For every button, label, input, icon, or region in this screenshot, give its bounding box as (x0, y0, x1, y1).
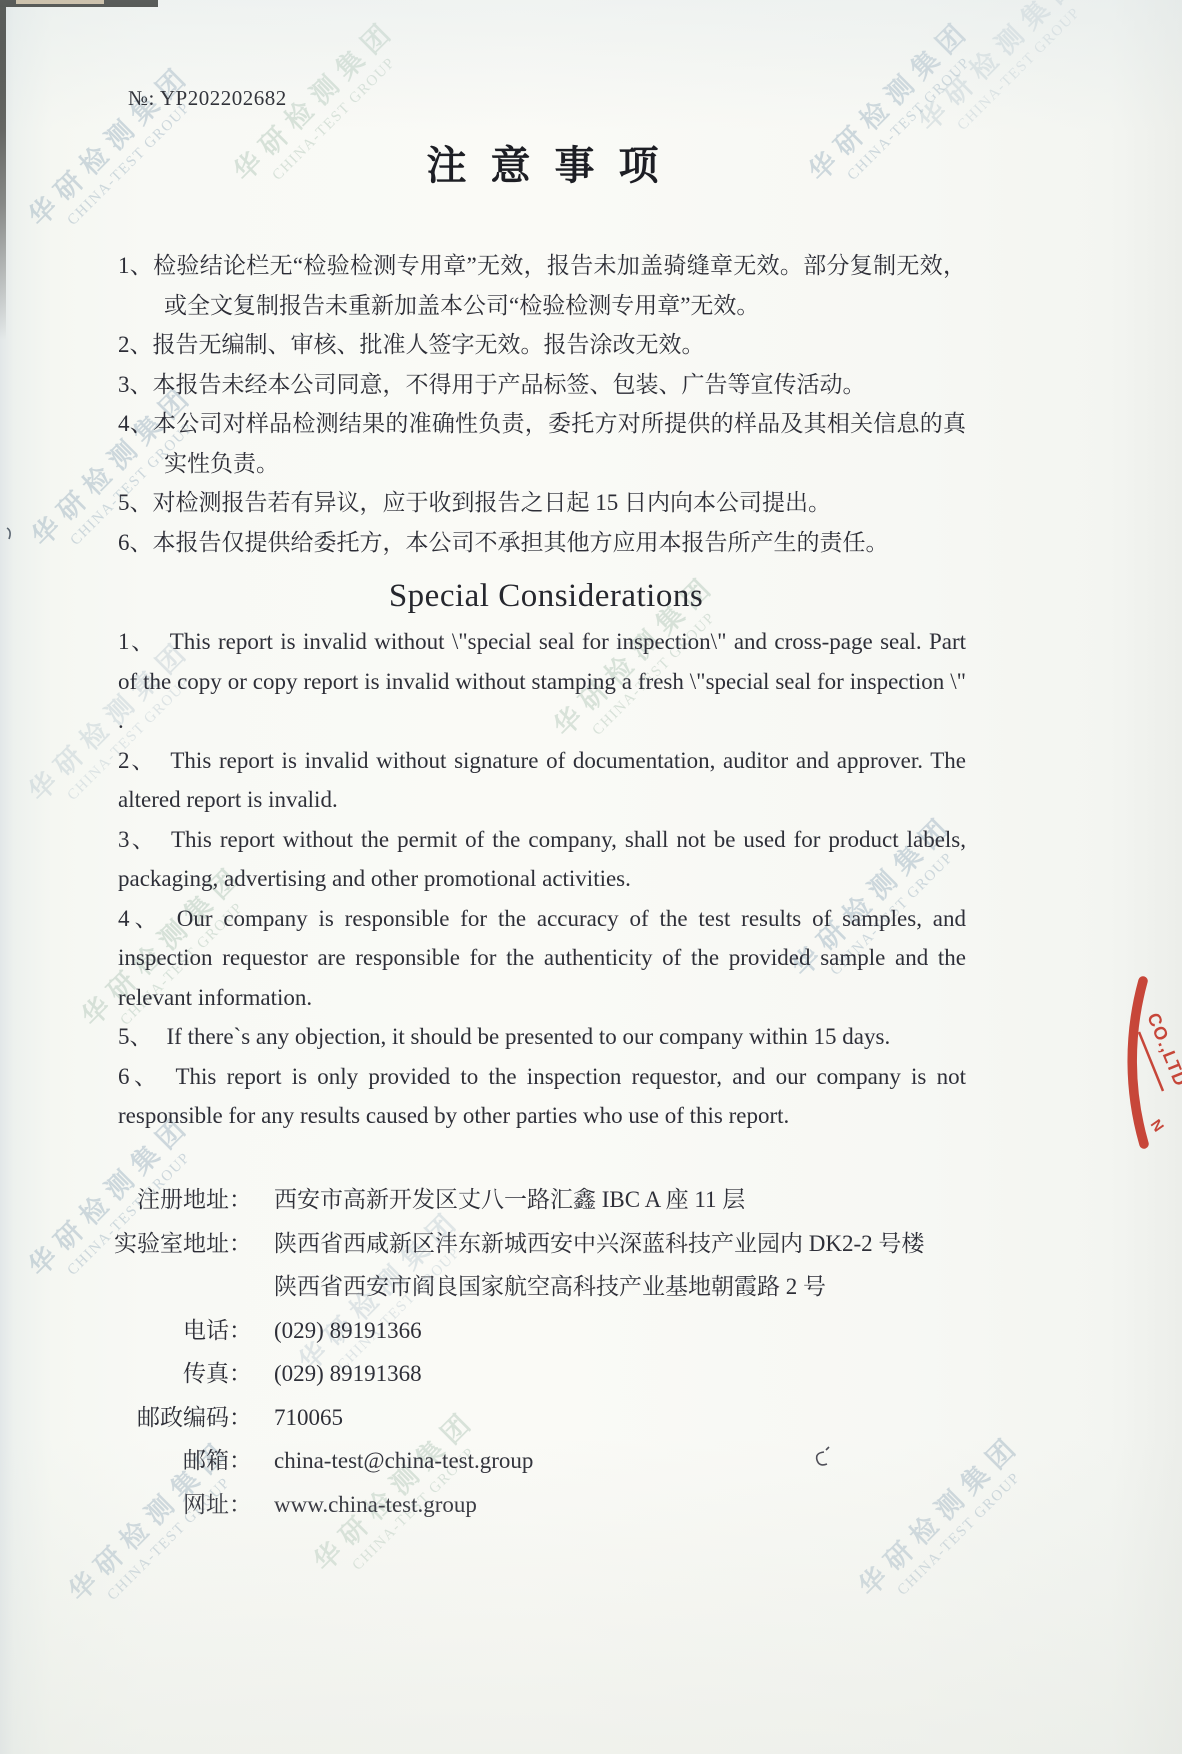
cn-notes-list: 1、检验结论栏无“检验检测专用章”无效，报告未加盖骑缝章无效。部分复制无效，或全… (118, 246, 966, 562)
contact-row: 电话：(029) 89191366 (80, 1309, 924, 1353)
watermark-en-text: CHINA-TEST GROUP (937, 0, 1102, 152)
contact-values: 西安市高新开发区丈八一路汇鑫 IBC A 座 11 层 (274, 1178, 745, 1222)
contact-label: 实验室地址： (80, 1222, 252, 1309)
contact-value-line: (029) 89191368 (274, 1352, 422, 1396)
seal-ring-arc (1132, 981, 1144, 1144)
cn-note-item-number: 1、 (118, 253, 153, 278)
contact-value-line: www.china-test.group (274, 1483, 477, 1527)
en-note-item: 1、This report is invalid without \"speci… (118, 622, 966, 741)
cn-note-item-number: 2、 (118, 332, 153, 357)
contact-value-line: china-test@china-test.group (274, 1439, 533, 1483)
company-seal-stamp: CO.,LTD N (1132, 981, 1182, 1144)
en-note-item-text: If there`s any objection, it should be p… (167, 1024, 891, 1049)
cn-note-item: 2、报告无编制、审核、批准人签字无效。报告涂改无效。 (118, 325, 966, 365)
cn-note-item: 4、本公司对样品检测结果的准确性负责，委托方对所提供的样品及其相关信息的真实性负… (118, 404, 966, 483)
cn-note-item-text: 本公司对样品检测结果的准确性负责，委托方对所提供的样品及其相关信息的真实性负责。 (153, 411, 966, 476)
contact-row: 实验室地址：陕西省西咸新区沣东新城西安中兴深蓝科技产业园内 DK2-2 号楼陕西… (80, 1222, 924, 1309)
contact-values: www.china-test.group (274, 1483, 477, 1527)
en-note-item-number: 2、 (118, 748, 156, 773)
contact-row: 网址：www.china-test.group (80, 1483, 924, 1527)
left-edge-tick (7, 528, 10, 539)
contact-value-line: 陕西省西安市阎良国家航空高科技产业基地朝霞路 2 号 (274, 1265, 924, 1309)
seal-sub-text: N (1147, 1117, 1167, 1136)
contact-row: 注册地址：西安市高新开发区丈八一路汇鑫 IBC A 座 11 层 (80, 1178, 924, 1222)
contact-value-line: 西安市高新开发区丈八一路汇鑫 IBC A 座 11 层 (274, 1178, 745, 1222)
en-note-item: 2、This report is invalid without signatu… (118, 741, 966, 820)
cn-note-item-text: 报告无编制、审核、批准人签字无效。报告涂改无效。 (153, 332, 705, 357)
report-number: №: YP202202682 (128, 86, 287, 111)
en-note-item-number: 3、 (118, 827, 157, 852)
contact-label: 邮政编码： (80, 1396, 252, 1440)
cn-note-item-text: 本报告未经本公司同意，不得用于产品标签、包装、广告等宣传活动。 (153, 372, 866, 397)
en-note-item-number: 4、 (118, 906, 163, 931)
contact-row: 传真：(029) 89191368 (80, 1352, 924, 1396)
seal-text: CO.,LTD (1143, 1010, 1182, 1089)
en-note-item-text: This report is only provided to the insp… (118, 1064, 966, 1129)
cn-note-item: 5、对检测报告若有异议，应于收到报告之日起 15 日内向本公司提出。 (118, 483, 966, 523)
watermark: 华研检测集团CHINA-TEST GROUP (908, 0, 1102, 152)
contact-value-line: (029) 89191366 (274, 1309, 422, 1353)
en-notes-list: 1、This report is invalid without \"speci… (118, 622, 966, 1136)
cn-note-item-text: 检验结论栏无“检验检测专用章”无效，报告未加盖骑缝章无效。部分复制无效，或全文复… (153, 253, 966, 318)
document-page: 华研检测集团CHINA-TEST GROUP华研检测集团CHINA-TEST G… (0, 0, 1182, 1754)
contact-label: 电话： (80, 1309, 252, 1353)
en-note-item-number: 1、 (118, 629, 156, 654)
contact-row: 邮箱：china-test@china-test.group (80, 1439, 924, 1483)
en-note-item-text: Our company is responsible for the accur… (118, 906, 966, 1010)
cn-note-item-number: 5、 (118, 490, 153, 515)
cn-note-item-text: 本报告仅提供给委托方，本公司不承担其他方应用本报告所产生的责任。 (153, 530, 889, 555)
contact-value-line: 710065 (274, 1396, 343, 1440)
cn-note-item: 6、本报告仅提供给委托方，本公司不承担其他方应用本报告所产生的责任。 (118, 523, 966, 563)
report-number-label: №: (128, 86, 155, 110)
en-note-item: 3、This report without the permit of the … (118, 820, 966, 899)
en-note-item-text: This report without the permit of the co… (118, 827, 966, 892)
cn-note-item-number: 3、 (118, 372, 153, 397)
en-note-item-text: This report is invalid without \"special… (118, 629, 966, 733)
en-note-item: 5、If there`s any objection, it should be… (118, 1017, 966, 1057)
en-note-item-text: This report is invalid without signature… (118, 748, 966, 813)
contact-row: 邮政编码：710065 (80, 1396, 924, 1440)
contact-values: (029) 89191368 (274, 1352, 422, 1396)
contact-label: 传真： (80, 1352, 252, 1396)
contact-values: 710065 (274, 1396, 343, 1440)
contact-label: 注册地址： (80, 1178, 252, 1222)
page-title: 注 意 事 项 (0, 134, 1092, 191)
en-note-item: 6、This report is only provided to the in… (118, 1057, 966, 1136)
en-note-item: 4、Our company is responsible for the acc… (118, 899, 966, 1018)
seal-inner-line (1139, 1032, 1163, 1091)
contact-value-line: 陕西省西咸新区沣东新城西安中兴深蓝科技产业园内 DK2-2 号楼 (274, 1222, 924, 1266)
cn-note-item-number: 6、 (118, 530, 153, 555)
contact-info-block: 注册地址：西安市高新开发区丈八一路汇鑫 IBC A 座 11 层实验室地址：陕西… (80, 1178, 924, 1526)
en-section-heading: Special Considerations (0, 578, 1092, 615)
report-number-value: YP202202682 (160, 86, 287, 110)
en-note-item-number: 6、 (118, 1064, 161, 1089)
cn-note-item: 1、检验结论栏无“检验检测专用章”无效，报告未加盖骑缝章无效。部分复制无效，或全… (118, 246, 966, 325)
cn-note-item: 3、本报告未经本公司同意，不得用于产品标签、包装、广告等宣传活动。 (118, 365, 966, 405)
contact-label: 邮箱： (80, 1439, 252, 1483)
contact-values: china-test@china-test.group (274, 1439, 533, 1483)
contact-label: 网址： (80, 1483, 252, 1527)
cn-note-item-text: 对检测报告若有异议，应于收到报告之日起 15 日内向本公司提出。 (153, 490, 832, 515)
watermark-cn-text: 华研检测集团 (908, 0, 1088, 138)
cn-note-item-number: 4、 (118, 411, 153, 436)
contact-values: 陕西省西咸新区沣东新城西安中兴深蓝科技产业园内 DK2-2 号楼陕西省西安市阎良… (274, 1222, 924, 1309)
contact-values: (029) 89191366 (274, 1309, 422, 1353)
en-note-item-number: 5、 (118, 1024, 153, 1049)
